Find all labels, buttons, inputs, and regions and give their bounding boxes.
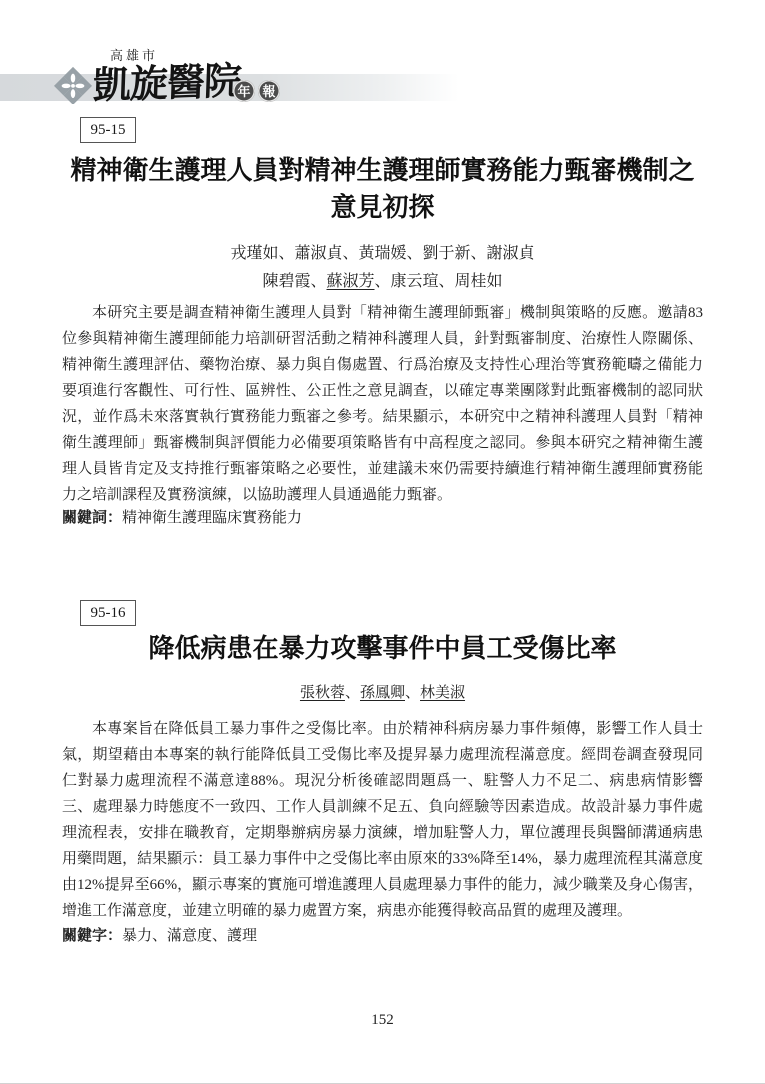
authors-row2-pre: 陳碧霞、 — [262, 273, 326, 290]
article-keywords-1: 關鍵詞：精神衛生護理臨床實務能力 — [62, 506, 703, 530]
hospital-logo-icon — [54, 66, 92, 104]
author-a-underlined: 張秋蓉 — [300, 685, 345, 701]
logo-hospital-name: 凱旋醫院 — [92, 49, 242, 109]
authors-row2-post: 、康云瑄、周桂如 — [375, 273, 503, 290]
keywords-value-1: 精神衛生護理臨床實務能力 — [122, 510, 302, 526]
article-authors-1: 戎瑾如、蕭淑貞、黃瑞媛、劉于新、謝淑貞 陳碧霞、蘇淑芳、康云瑄、周桂如 — [0, 240, 765, 296]
author-separator: 、 — [345, 685, 360, 701]
year-badge: 年 — [233, 80, 255, 102]
article-id-box-1: 95-15 — [80, 117, 136, 143]
keywords-label-2: 關鍵字： — [62, 928, 122, 944]
article-id-2: 95-16 — [91, 605, 126, 622]
article-authors-2: 張秋蓉、孫鳳卿、林美淑 — [0, 679, 765, 707]
article-title-1: 精神衛生護理人員對精神生護理師實務能力甄審機制之 意見初探 — [0, 152, 765, 226]
article-title-1-line1: 精神衛生護理人員對精神生護理師實務能力甄審機制之 — [70, 156, 694, 185]
article-id-1: 95-15 — [91, 122, 126, 139]
authors-row1: 戎瑾如、蕭淑貞、黃瑞媛、劉于新、謝淑貞 — [230, 245, 534, 262]
article-keywords-2: 關鍵字：暴力、滿意度、護理 — [62, 924, 703, 948]
author-b-underlined: 孫鳳卿 — [360, 685, 405, 701]
keywords-value-2: 暴力、滿意度、護理 — [122, 928, 257, 944]
article-abstract-2: 本專案旨在降低員工暴力事件之受傷比率。由於精神科病房暴力事件頻傳，影響工作人員士… — [62, 716, 703, 924]
article-abstract-1: 本研究主要是調查精神衛生護理人員對「精神衛生護理師甄審」機制與策略的反應。邀請8… — [62, 300, 703, 508]
author-separator: 、 — [405, 685, 420, 701]
article-title-1-line2: 意見初探 — [330, 193, 434, 222]
page-number: 152 — [0, 1012, 765, 1029]
article-title-2-line1: 降低病患在暴力攻擊事件中員工受傷比率 — [148, 634, 616, 663]
article-id-box-2: 95-16 — [80, 600, 136, 626]
annual-report-page: 高雄市 凱旋醫院 年 報 95-15 精神衛生護理人員對精神生護理師實務能力甄審… — [0, 0, 765, 1084]
report-badge: 報 — [258, 80, 280, 102]
article-title-2: 降低病患在暴力攻擊事件中員工受傷比率 — [0, 630, 765, 667]
logo-badges: 年 報 — [233, 80, 280, 102]
keywords-label-1: 關鍵詞： — [62, 510, 122, 526]
author-c-underlined: 林美淑 — [420, 685, 465, 701]
authors-row2-underlined: 蘇淑芳 — [326, 273, 374, 290]
